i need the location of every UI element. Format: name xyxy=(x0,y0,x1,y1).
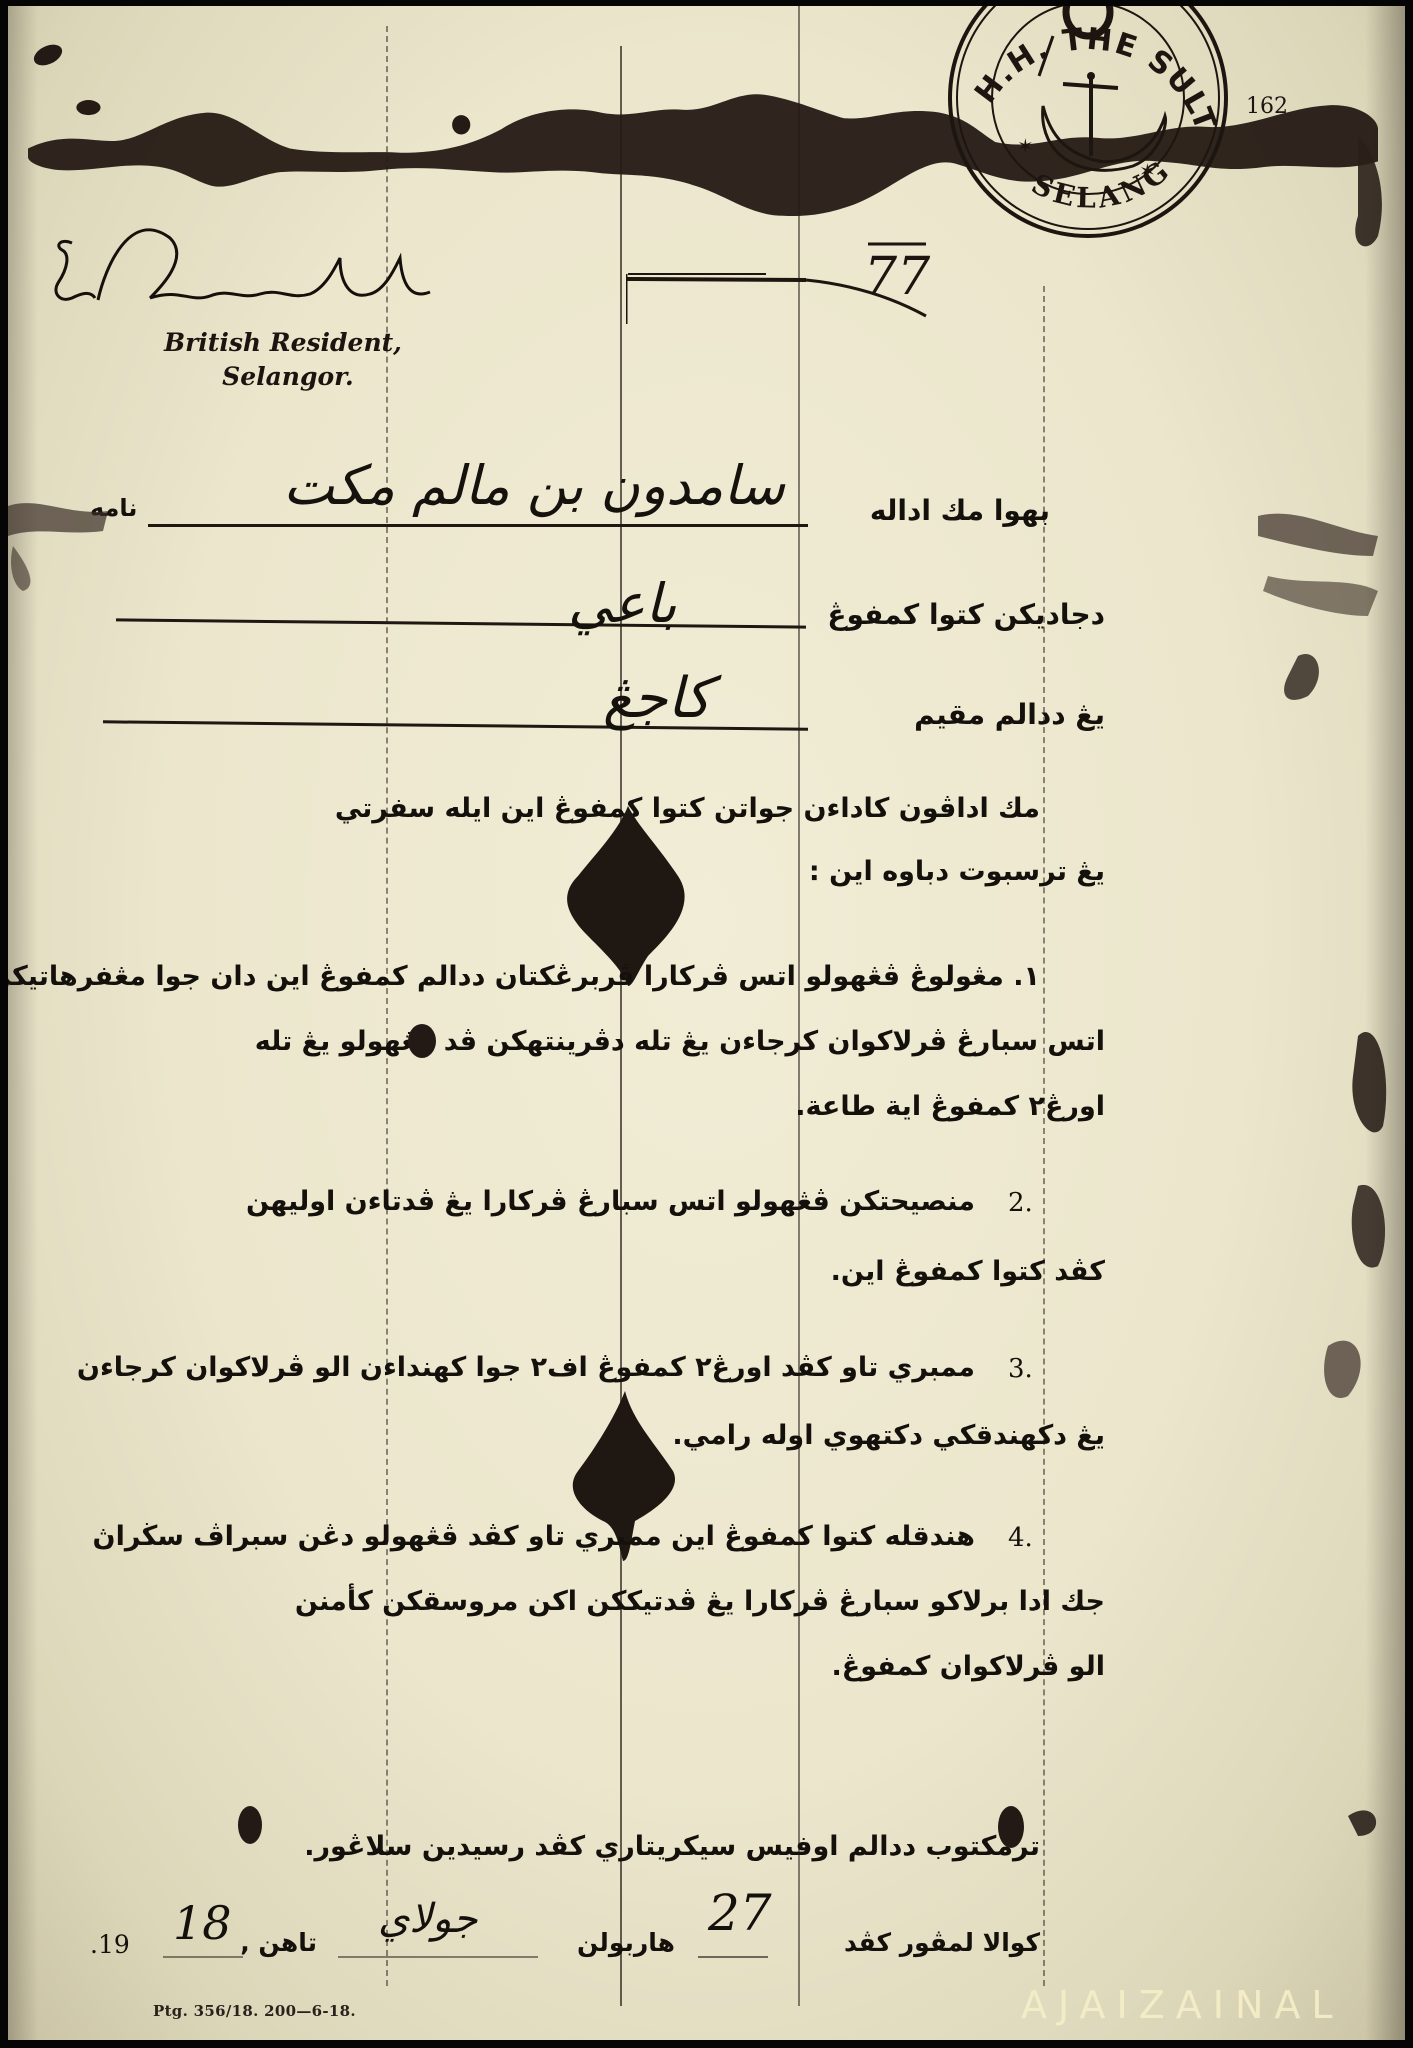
para2-line-1: منصيحتكن ڤڠهولو اتس سبارڠ ڤركارا يڠ ڤدتا… xyxy=(246,1186,975,1217)
date-month-underline xyxy=(338,1956,538,1958)
crease-dashed xyxy=(1043,286,1045,1986)
para2-line-2: كڤد كتوا كمفوڠ اين. xyxy=(831,1256,1105,1287)
signatory-title: British Resident, Selangor. xyxy=(164,326,402,394)
star-icon: ✶ xyxy=(1139,159,1156,183)
date-month: جولاي xyxy=(378,1896,478,1942)
svg-text:H.H. THE SULTAN: H.H. THE SULTAN xyxy=(943,6,1223,135)
intro-line-2: يڠ ترسبوت دباوه اين : xyxy=(809,856,1105,887)
date-day: 27 xyxy=(708,1884,772,1942)
closing-line: ترمكتوب ددالم اوفيس سيكريتاري كڤد رسيدين… xyxy=(304,1831,1040,1862)
para4-number: 4. xyxy=(1008,1523,1033,1553)
form-underline-2 xyxy=(116,618,806,628)
form-value-2: باعي xyxy=(568,572,677,635)
ink-spot xyxy=(238,1806,262,1844)
seal-text-top: H.H. THE SULTAN xyxy=(943,6,1223,135)
star-icon: ✶ xyxy=(1017,134,1034,158)
date-year-printed: .19 xyxy=(90,1930,130,1959)
sultan-seal: H.H. THE SULTAN SELANGOR ✶ ✶ xyxy=(943,6,1233,246)
title-line-1: British Resident, xyxy=(164,326,402,360)
date-year-hand: 18 xyxy=(173,1896,232,1950)
para1-line-2: اتس سبارڠ ڤرلاكوان كرجاءن يڠ تله دڤرينته… xyxy=(255,1026,1105,1057)
signature-broadrick xyxy=(50,228,470,328)
edge-shadow-left xyxy=(8,6,38,2040)
para2-number: 2. xyxy=(1008,1188,1033,1218)
form-value-1: سامدون بن مالم مكت xyxy=(283,454,785,517)
ink-spot xyxy=(408,1024,436,1058)
reference-mark-text: 77 xyxy=(864,247,931,307)
para4-line-2: جك ادا برلاكو سبارڠ ڤركارا يڠ ڤدتيككن اك… xyxy=(295,1586,1105,1617)
form-underline-1 xyxy=(148,524,808,527)
para3-line-1: ممبري تاو كڤد اورڠ٢ كمفوڠ اف٢ جوا كهنداء… xyxy=(77,1352,975,1383)
ink-blot xyxy=(548,806,708,986)
print-code: Ptg. 356/18. 200—6-18. xyxy=(153,2002,356,2020)
form-label-2: دجاديكن كتوا كمفوڠ xyxy=(827,598,1105,631)
para1-line-1: ١. مڠولوڠ ڤڠهولو اتس ڤركارا ڤربرڠكتان دد… xyxy=(8,961,1040,992)
edge-stains-right xyxy=(1238,136,1398,1836)
para4-line-1: هندقله كتوا كمفوڠ اين ممبري تاو كڤد ڤڠهو… xyxy=(93,1521,975,1552)
page-number: 162 xyxy=(1246,94,1288,119)
date-year-underline xyxy=(163,1956,243,1958)
date-year-prefix: تاهن , xyxy=(240,1928,317,1957)
para4-line-3: الو ڤرلاكوان كمفوڠ. xyxy=(832,1651,1106,1682)
document-page: H.H. THE SULTAN SELANGOR ✶ ✶ 162 British… xyxy=(8,6,1405,2040)
para3-number: 3. xyxy=(1008,1354,1033,1384)
para1-line-3: اورڠ٢ كمفوڠ اية طاعة. xyxy=(795,1091,1105,1122)
para3-line-2: يڠ دكهندقكي دكتهوي اوله رامي. xyxy=(672,1420,1105,1451)
reference-mark: 77 xyxy=(626,234,946,324)
ink-spot xyxy=(998,1806,1024,1848)
watermark: AJAIZAINAL xyxy=(1021,1983,1344,2027)
title-line-2: Selangor. xyxy=(174,360,402,394)
date-day-suffix: هاربولن xyxy=(577,1928,675,1957)
date-place: كوالا لمڤور كڤد xyxy=(844,1928,1040,1957)
edge-stains-left xyxy=(8,476,118,596)
date-day-underline xyxy=(698,1956,768,1958)
form-label-1: بهوا مك اداله xyxy=(870,494,1050,527)
form-value-3: كاجڠ xyxy=(603,666,711,731)
form-label-3: يڠ ددالم مقيم xyxy=(914,698,1105,731)
